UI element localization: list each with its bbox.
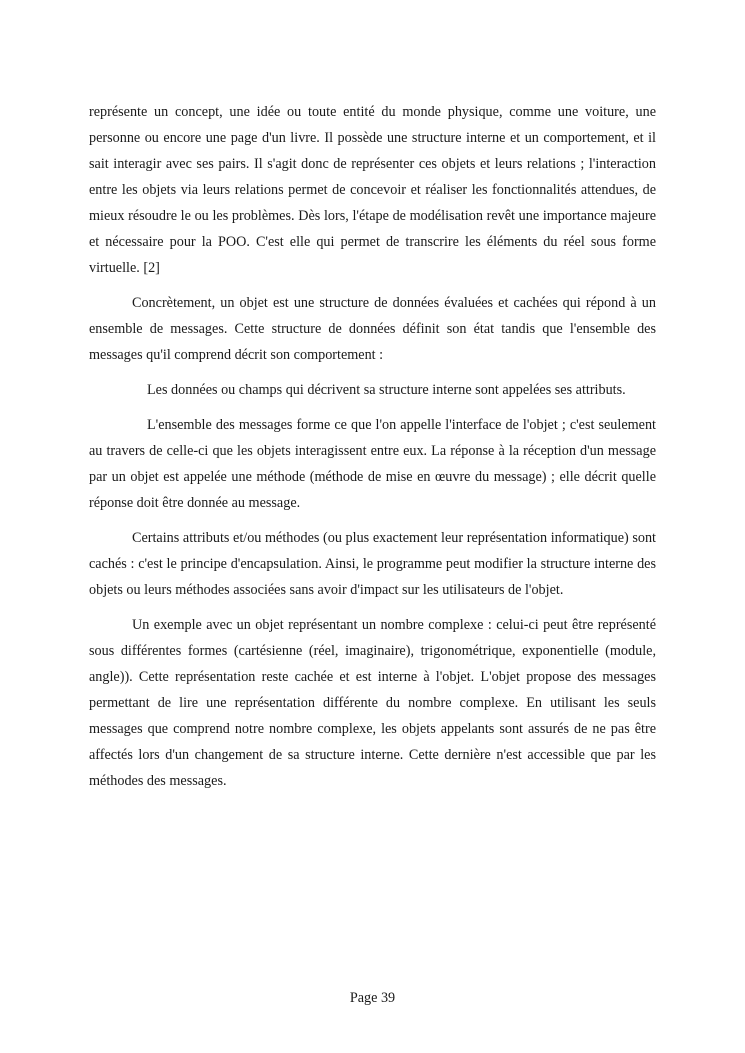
page-number-footer: Page 39 [0, 990, 745, 1007]
paragraph-object-definition: représente un concept, une idée ou toute… [89, 99, 656, 281]
paragraph-interface-methods: L'ensemble des messages forme ce que l'o… [89, 412, 656, 516]
paragraph-object-structure: Concrètement, un objet est une structure… [89, 290, 656, 368]
paragraph-attributes: Les données ou champs qui décrivent sa s… [89, 377, 656, 403]
paragraph-complex-number-example: Un exemple avec un objet représentant un… [89, 612, 656, 794]
document-page-body: représente un concept, une idée ou toute… [89, 99, 656, 803]
paragraph-encapsulation: Certains attributs et/ou méthodes (ou pl… [89, 525, 656, 603]
